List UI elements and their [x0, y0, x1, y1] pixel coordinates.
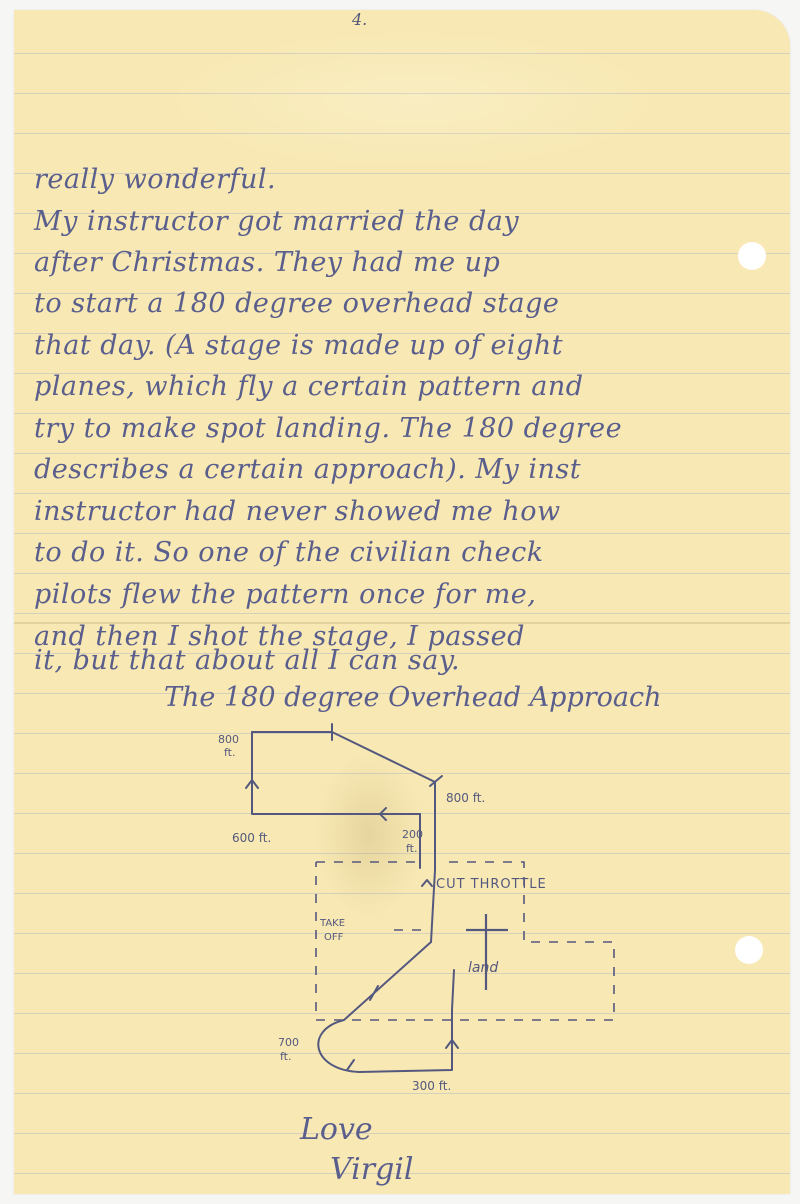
svg-text:CUT THROTTLE: CUT THROTTLE: [436, 877, 547, 892]
svg-text:700: 700: [278, 1036, 299, 1049]
flight-pattern-diagram: 800 ft. 800 ft. 600 ft. 200 ft. CUT THRO…: [14, 10, 790, 1194]
signature: Virgil: [330, 1152, 413, 1187]
svg-text:ft.: ft.: [406, 842, 418, 855]
pattern-final-turn: [318, 942, 454, 1072]
svg-text:ft.: ft.: [280, 1050, 292, 1063]
svg-text:200: 200: [402, 828, 423, 841]
svg-text:ft.: ft.: [224, 746, 236, 759]
letter-page: 4. really wonderful. My instructor got m…: [14, 10, 790, 1194]
svg-text:OFF: OFF: [324, 932, 344, 943]
closing-salutation: Love: [300, 1112, 373, 1147]
pattern-downwind-leg: [252, 732, 420, 814]
svg-text:TAKE: TAKE: [319, 918, 345, 929]
svg-text:land: land: [468, 960, 498, 976]
svg-text:300 ft.: 300 ft.: [412, 1079, 451, 1093]
svg-text:600 ft.: 600 ft.: [232, 831, 271, 845]
svg-text:800 ft.: 800 ft.: [446, 791, 485, 805]
landing-cross-icon: [466, 914, 508, 990]
svg-text:800: 800: [218, 733, 239, 746]
arrow-up-icon: [422, 880, 432, 886]
